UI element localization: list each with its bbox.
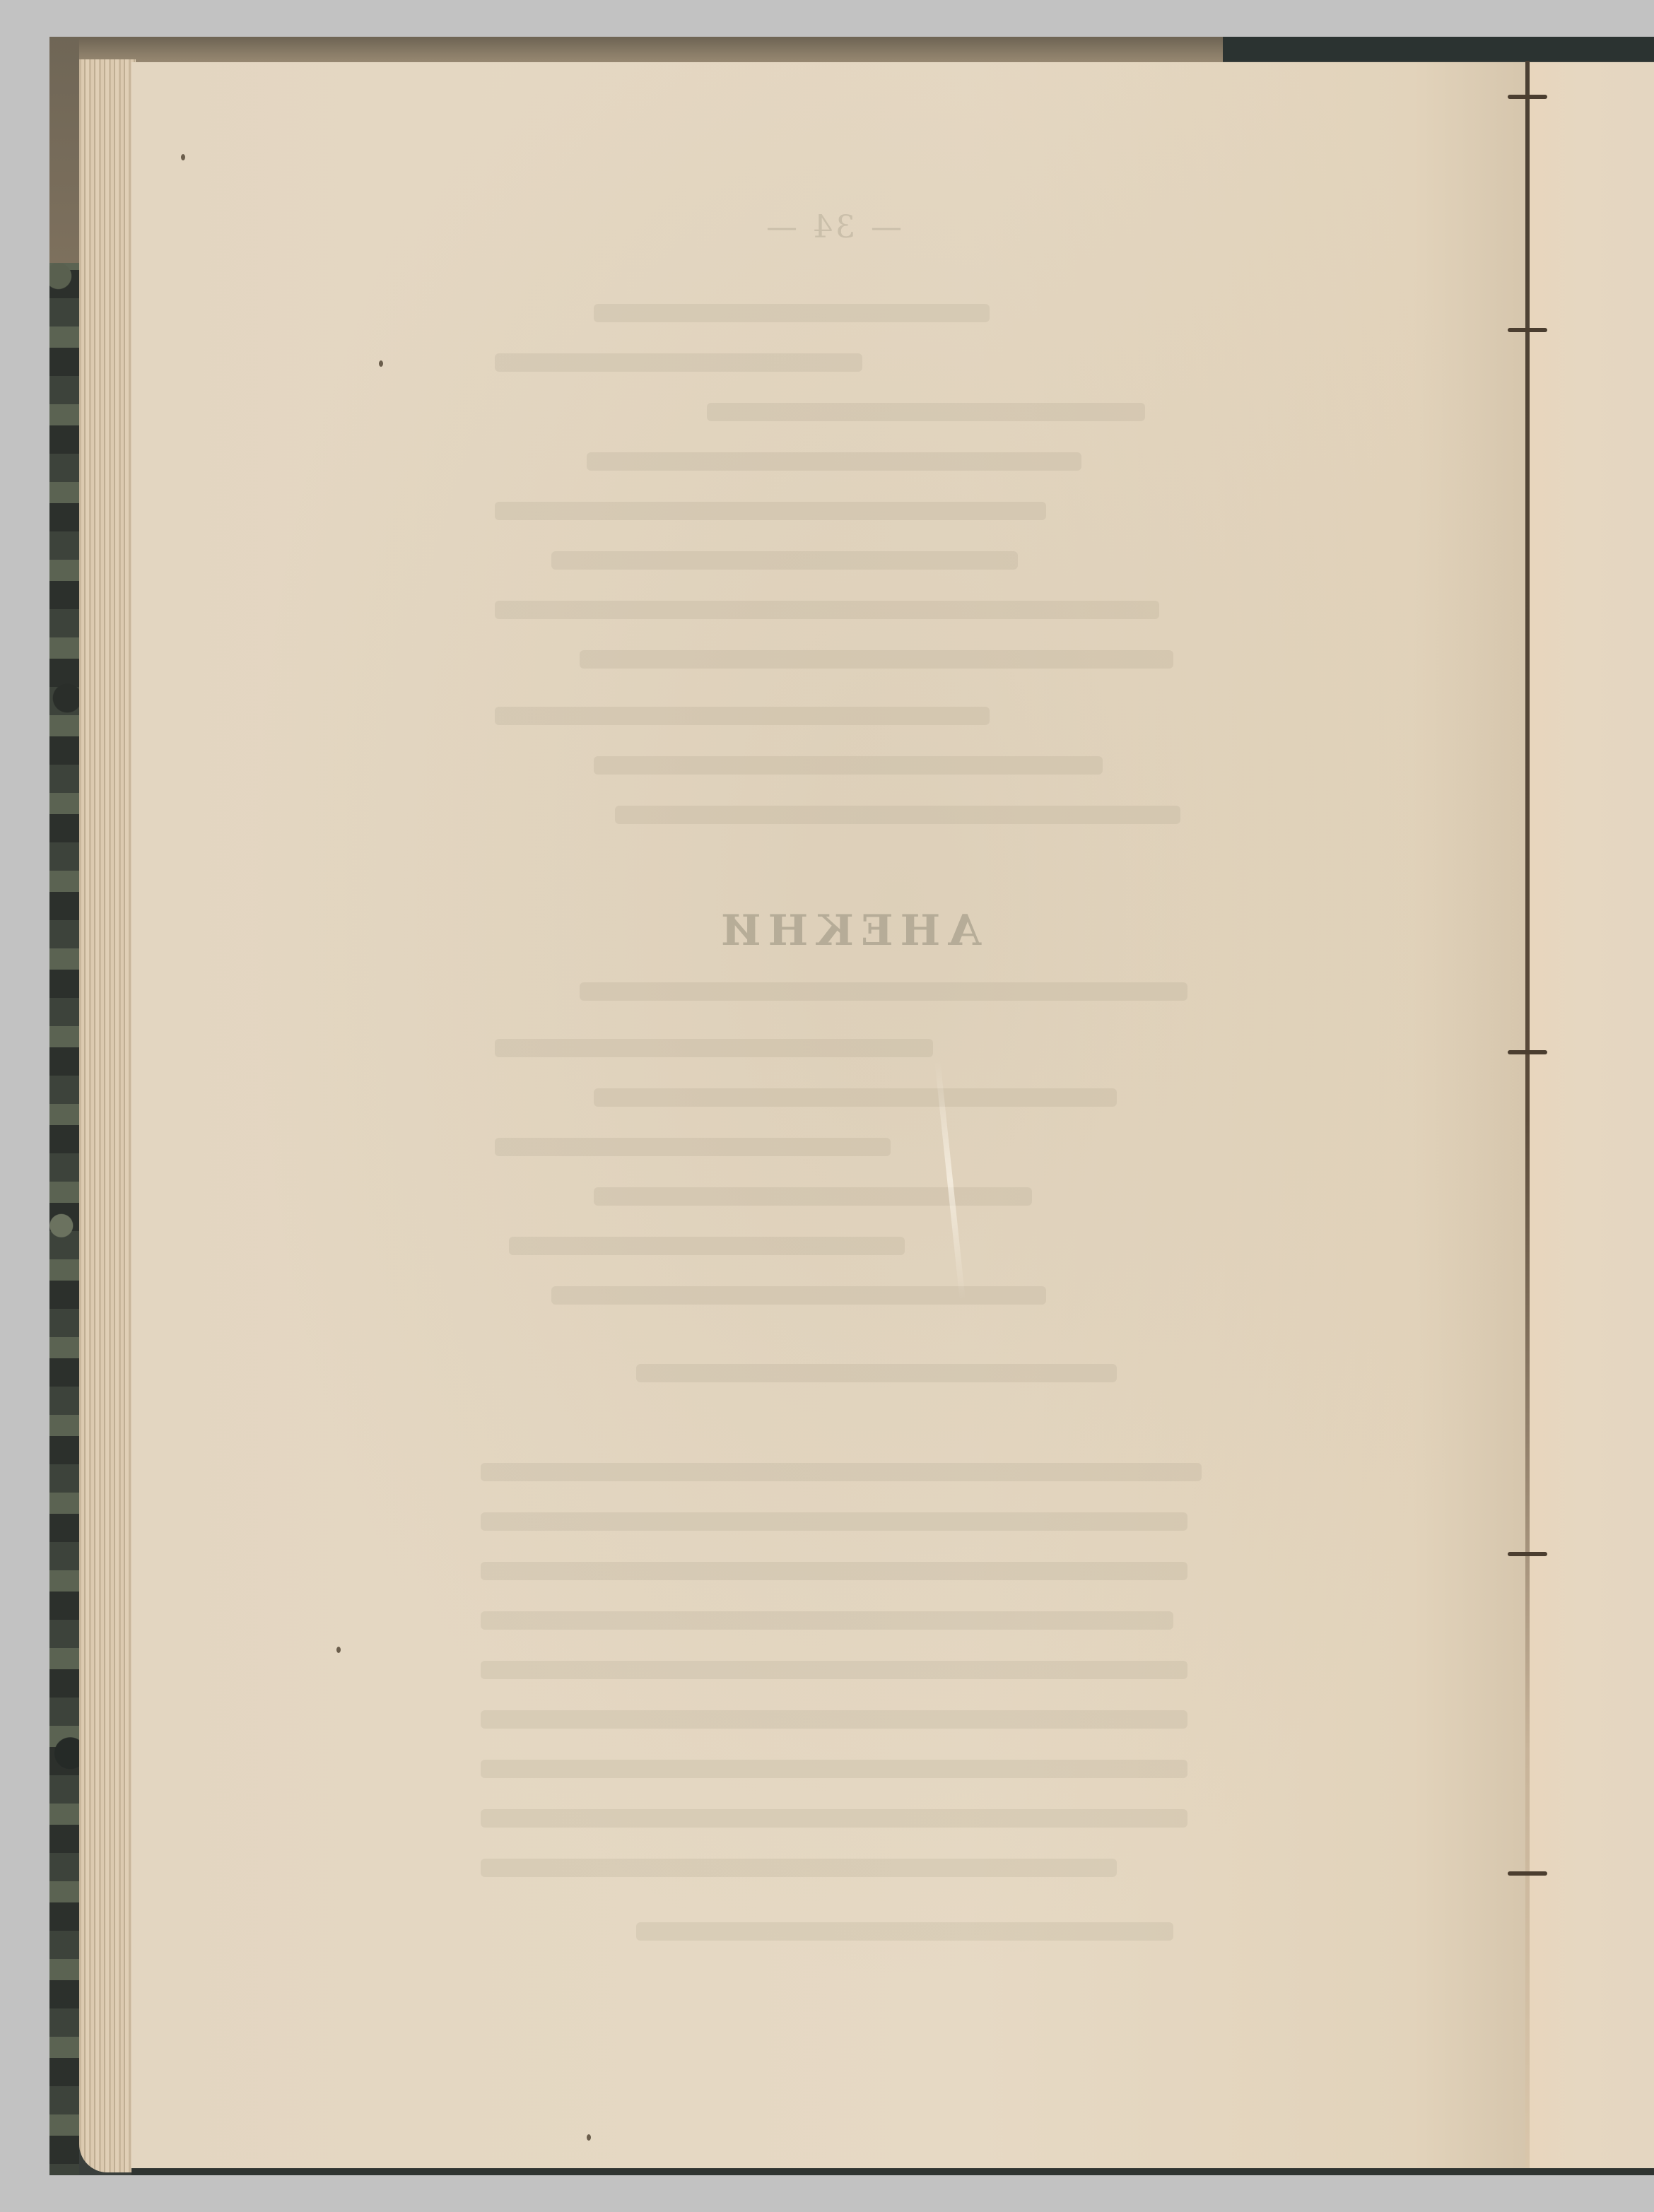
marbled-cover [49, 65, 79, 2175]
bleed-verse-line [707, 403, 1145, 421]
page-edges [79, 59, 136, 2172]
bleed-verse-line [481, 1661, 1187, 1679]
bleed-verse-line [495, 707, 990, 725]
right-page-edge [1530, 62, 1654, 2171]
bleed-verse-line [495, 601, 1159, 619]
paper-speck [587, 2134, 591, 2141]
bleed-verse-line [636, 1364, 1117, 1382]
binding-stitch [1508, 328, 1547, 332]
bleed-verse-line [481, 1760, 1187, 1778]
bleed-verse-line [636, 1922, 1173, 1941]
bleed-verse-line [481, 1463, 1202, 1481]
binding-thread [1525, 61, 1530, 2174]
bleed-verse-line [495, 353, 862, 372]
cover-corner [49, 37, 79, 263]
binding-stitch [1508, 1552, 1547, 1556]
bleed-verse-line [594, 304, 990, 322]
book-top-edge [49, 37, 1223, 65]
bleed-verse-line [495, 1039, 933, 1057]
bleed-verse-line [551, 1286, 1046, 1305]
bleed-verse-line [509, 1237, 905, 1255]
bleed-verse-line [495, 1138, 891, 1156]
bleed-verse-line [481, 1562, 1187, 1580]
paper-speck [181, 154, 185, 160]
bleed-verse-line [495, 502, 1046, 520]
bleed-verse-line [481, 1859, 1117, 1877]
bleed-verse-line [594, 1187, 1032, 1206]
book-bottom-edge [131, 2168, 1654, 2175]
bleed-verse-line [481, 1710, 1187, 1729]
bleed-heading: АНЕКНИ [714, 906, 982, 955]
paper-speck [336, 1647, 341, 1653]
binding-stitch [1508, 95, 1547, 99]
bleed-verse-line [481, 1809, 1187, 1828]
bleed-page-number: — 34 — [763, 209, 902, 245]
book-top-edge-right [1223, 37, 1654, 61]
bleed-verse-line [580, 650, 1173, 669]
binding-stitch [1508, 1050, 1547, 1054]
bleed-verse-line [594, 1088, 1117, 1107]
bleed-verse-line [615, 806, 1180, 824]
paper-speck [379, 360, 383, 367]
bleed-verse-line [580, 982, 1187, 1001]
bleed-verse-line [481, 1512, 1187, 1531]
bleed-verse-line [481, 1611, 1173, 1630]
binding-stitch [1508, 1871, 1547, 1876]
left-page [131, 62, 1525, 2171]
bleed-verse-line [594, 756, 1103, 775]
bleed-verse-line [551, 551, 1018, 570]
bleed-verse-line [587, 452, 1081, 471]
